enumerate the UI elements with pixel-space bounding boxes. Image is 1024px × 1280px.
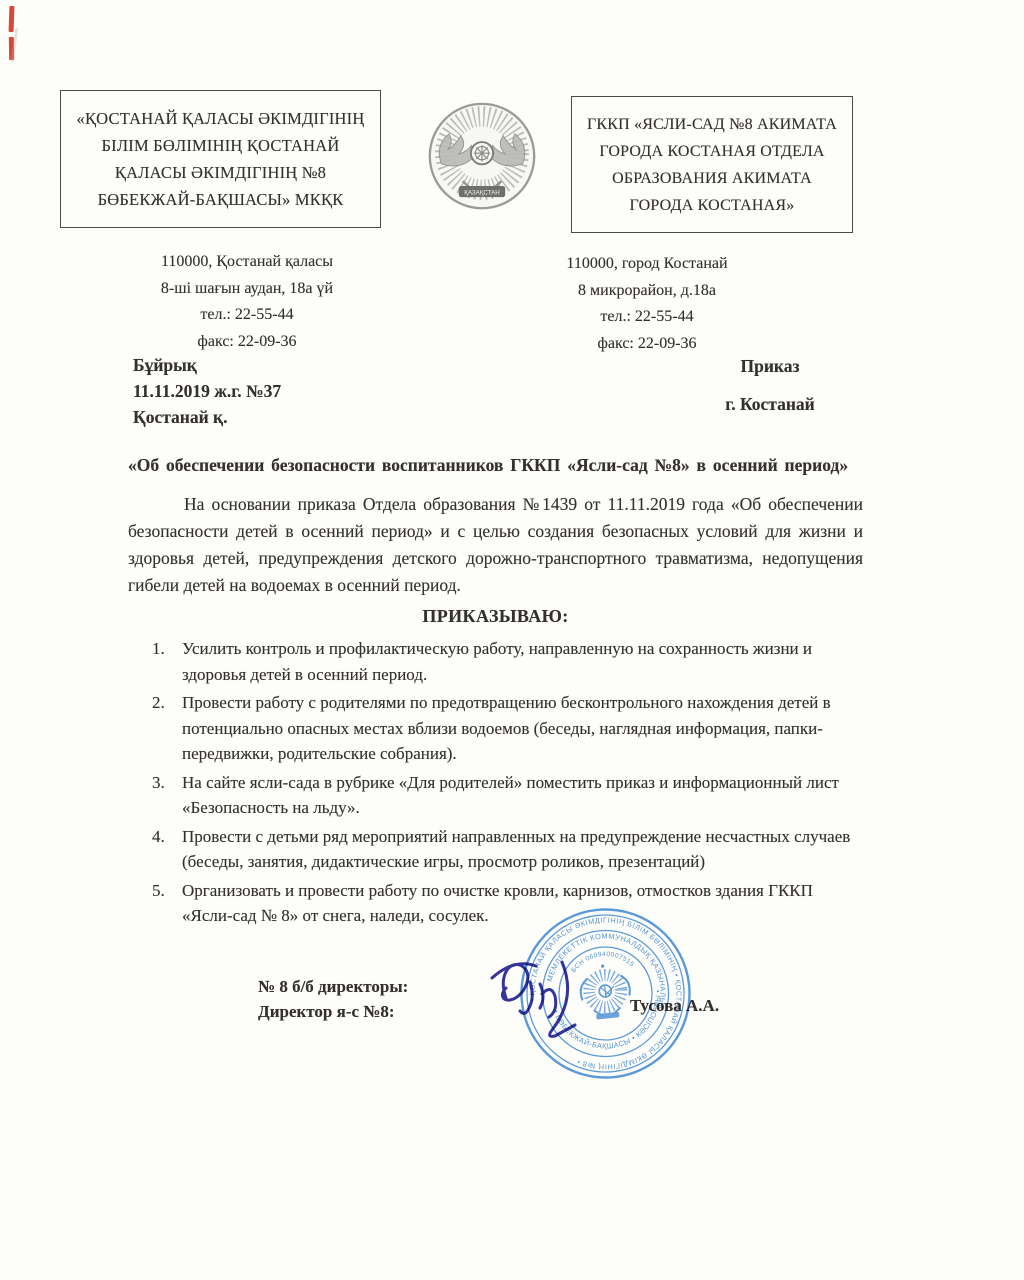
handwritten-signature [476,936,618,1052]
org-name-kk-line: ҚАЛАСЫ ӘКІМДІГІНІҢ №8 [61,159,380,186]
list-item: 4. Провести с детьми ряд мероприятий нап… [128,824,863,875]
address-block-russian: 110000, город Костанай 8 микрорайон, д.1… [523,251,771,357]
address-block-kazakh: 110000, Қостанай қаласы 8-ші шағын аудан… [118,249,376,355]
order-city-kk: Қостанай қ. [133,404,281,430]
address-line: 8 микрорайон, д.18а [523,278,771,305]
order-heading-russian: Приказ г. Костанай [700,356,840,415]
address-line: 110000, город Костанай [523,251,771,278]
list-item-text: Провести работу с родителями по предотвр… [182,690,863,767]
list-item: 2. Провести работу с родителями по предо… [128,690,863,767]
address-line: факс: 22-09-36 [523,331,771,358]
list-item: 5. Организовать и провести работу по очи… [128,878,863,929]
list-item-number: 5. [152,878,182,929]
list-item-number: 4. [152,824,182,875]
address-line: 110000, Қостанай қаласы [118,249,376,276]
address-line: тел.: 22-55-44 [118,302,376,329]
org-name-ru-line: ОБРАЗОВАНИЯ АКИМАТА [572,165,852,192]
org-name-kk-line: БӨБЕКЖАЙ-БАҚШАСЫ» МКҚК [61,186,380,213]
signature-labels: № 8 б/б директоры: Директор я-с №8: [258,974,408,1024]
director-label-kk: № 8 б/б директоры: [258,974,408,999]
emblem-banner-label: ҚАЗАҚСТАН [464,189,499,196]
document-body: «Об обеспечении безопасности воспитанник… [128,450,863,932]
list-item: 1. Усилить контроль и профилактическую р… [128,636,863,687]
order-items-list: 1. Усилить контроль и профилактическую р… [128,636,863,929]
address-line: 8-ші шағын аудан, 18а үй [118,276,376,303]
kazakhstan-coat-of-arms-icon: ҚАЗАҚСТАН [424,100,540,216]
red-pen-mark [9,6,15,32]
list-item-text: На сайте ясли-сада в рубрике «Для родите… [182,770,863,821]
org-name-box-kazakh: «ҚОСТАНАЙ ҚАЛАСЫ ӘКІМДІГІНІҢ БІЛІМ БӨЛІМ… [60,90,381,228]
order-heading-kazakh: Бұйрық 11.11.2019 ж.г. №37 Қостанай қ. [133,352,281,430]
order-word-ru: Приказ [700,356,840,377]
org-name-ru-line: ГОРОДА КОСТАНАЯ ОТДЕЛА [572,138,852,165]
order-word-kk: Бұйрық [133,352,281,378]
order-city-ru: г. Костанай [700,394,840,415]
list-item-number: 2. [152,690,182,767]
list-item-number: 3. [152,770,182,821]
org-name-box-russian: ГККП «ЯСЛИ-САД №8 АКИМАТА ГОРОДА КОСТАНА… [571,96,853,233]
org-name-kk-line: БІЛІМ БӨЛІМІНІҢ ҚОСТАНАЙ [61,132,380,159]
order-keyword: ПРИКАЗЫВАЮ: [128,606,863,627]
document-page: «ҚОСТАНАЙ ҚАЛАСЫ ӘКІМДІГІНІҢ БІЛІМ БӨЛІМ… [0,0,1024,1280]
order-date-number: 11.11.2019 ж.г. №37 [133,378,281,404]
org-name-kk-line: «ҚОСТАНАЙ ҚАЛАСЫ ӘКІМДІГІНІҢ [61,105,380,132]
list-item-number: 1. [152,636,182,687]
address-line: тел.: 22-55-44 [523,304,771,331]
list-item-text: Провести с детьми ряд мероприятий направ… [182,824,863,875]
list-item-text: Усилить контроль и профилактическую рабо… [182,636,863,687]
org-name-ru-line: ГККП «ЯСЛИ-САД №8 АКИМАТА [572,111,852,138]
director-label-ru: Директор я-с №8: [258,999,408,1024]
org-name-ru-line: ГОРОДА КОСТАНАЯ» [572,192,852,219]
document-title: «Об обеспечении безопасности воспитанник… [128,450,863,480]
preamble-paragraph: На основании приказа Отдела образования … [128,491,863,599]
list-item: 3. На сайте ясли-сада в рубрике «Для род… [128,770,863,821]
